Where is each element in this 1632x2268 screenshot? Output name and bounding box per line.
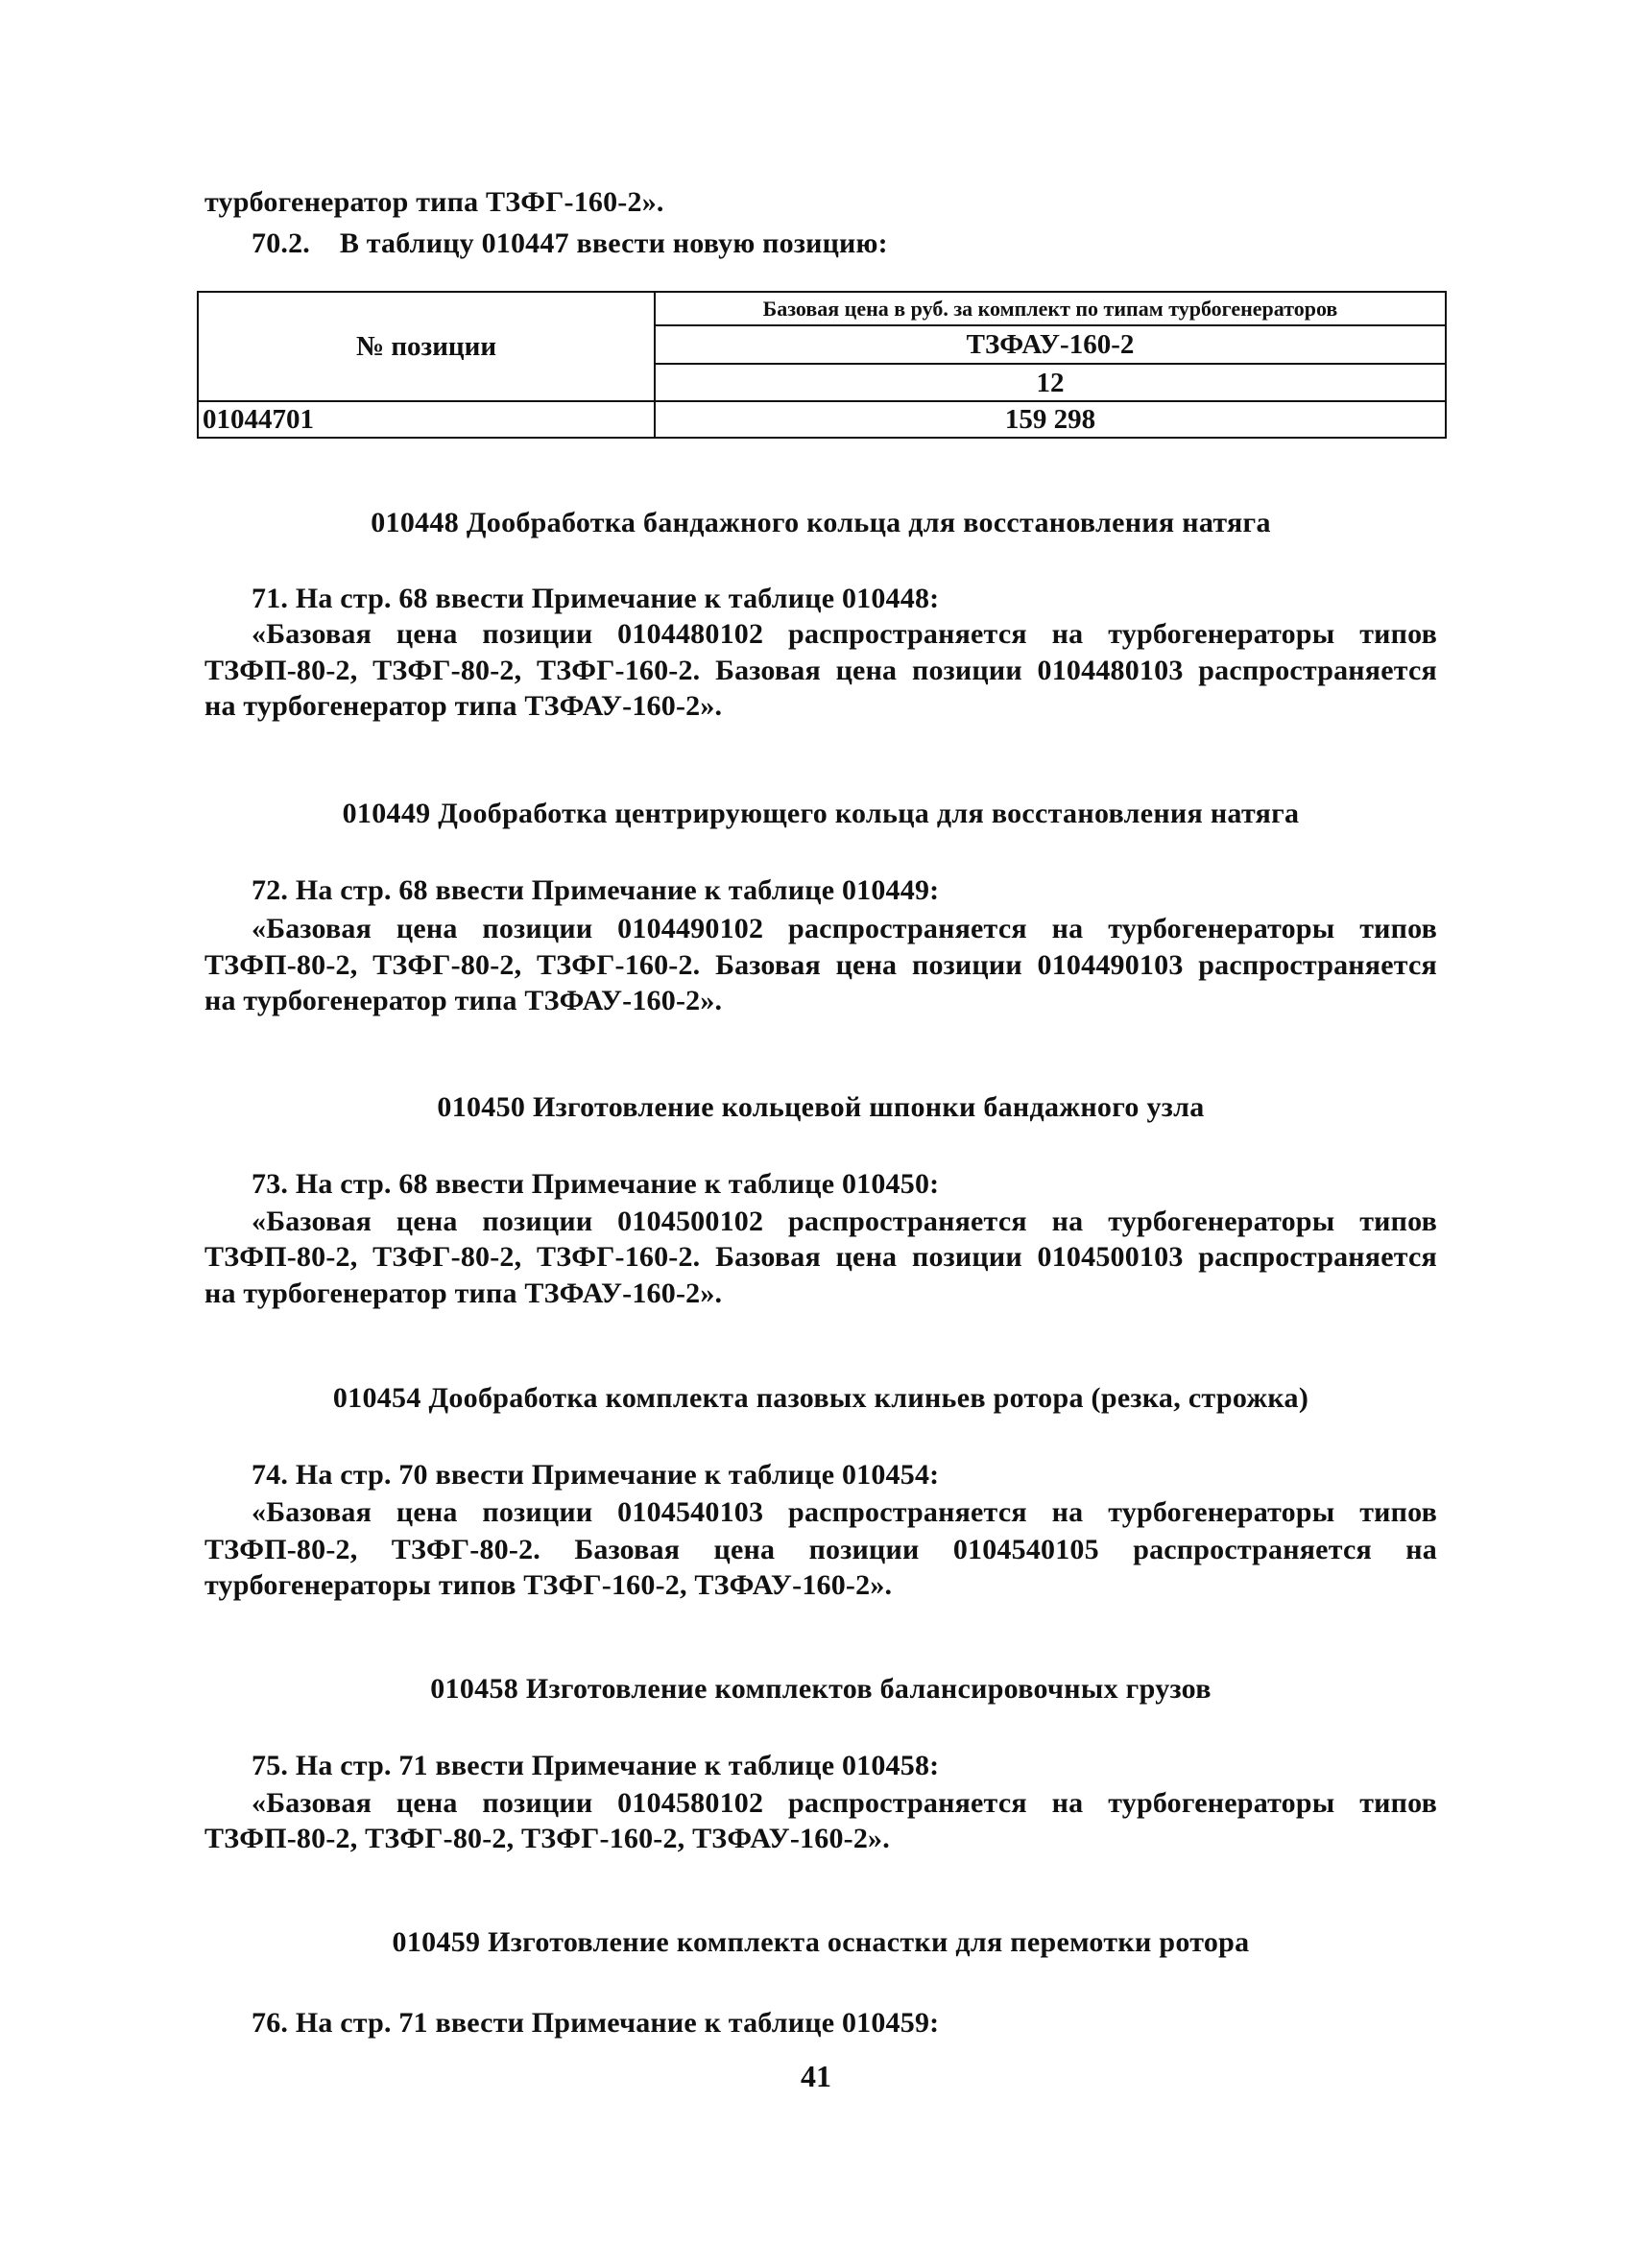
note-line: «Базовая цена позиции 0104490102 распрос… bbox=[252, 912, 1437, 946]
item-number: 72. bbox=[252, 874, 288, 906]
item-number: 74. bbox=[252, 1459, 288, 1491]
item-number: 75. bbox=[252, 1750, 288, 1781]
column-number: 12 bbox=[655, 364, 1446, 401]
section-heading-010458: 010458 Изготовление комплектов балансиро… bbox=[204, 1672, 1437, 1707]
item-text: На стр. 68 ввести Примечание к таблице 0… bbox=[296, 1168, 940, 1200]
item-76: 76. На стр. 71 ввести Примечание к табли… bbox=[252, 2006, 1437, 2041]
item-text: На стр. 71 ввести Примечание к таблице 0… bbox=[296, 2007, 940, 2039]
note-line: на турбогенератор типа ТЗФАУ-160-2». bbox=[204, 689, 1437, 724]
turbogenerator-type-header: ТЗФАУ-160-2 bbox=[655, 325, 1446, 364]
section-heading-010448: 010448 Дообработка бандажного кольца для… bbox=[204, 506, 1437, 540]
item-text: В таблицу 010447 ввести новую позицию: bbox=[340, 227, 888, 259]
item-75: 75. На стр. 71 ввести Примечание к табли… bbox=[252, 1749, 1437, 1783]
item-number: 70.2. bbox=[252, 227, 310, 259]
item-text: На стр. 68 ввести Примечание к таблице 0… bbox=[296, 874, 940, 906]
note-line: ТЗФП-80-2, ТЗФГ-80-2. Базовая цена позиц… bbox=[204, 1533, 1437, 1567]
note-line: ТЗФП-80-2, ТЗФГ-80-2, ТЗФГ-160-2. Базова… bbox=[204, 948, 1437, 983]
note-line: ТЗФП-80-2, ТЗФГ-80-2, ТЗФГ-160-2, ТЗФАУ-… bbox=[204, 1822, 1437, 1856]
item-number: 71. bbox=[252, 583, 288, 614]
section-heading-010459: 010459 Изготовление комплекта оснастки д… bbox=[204, 1925, 1437, 1960]
item-73: 73. На стр. 68 ввести Примечание к табли… bbox=[252, 1167, 1437, 1202]
price-table: № позиции Базовая цена в руб. за комплек… bbox=[197, 291, 1447, 439]
note-line: ТЗФП-80-2, ТЗФГ-80-2, ТЗФГ-160-2. Базова… bbox=[204, 654, 1437, 688]
note-line: «Базовая цена позиции 0104540103 распрос… bbox=[252, 1495, 1437, 1530]
note-line: на турбогенератор типа ТЗФАУ-160-2». bbox=[204, 984, 1437, 1018]
item-71: 71. На стр. 68 ввести Примечание к табли… bbox=[252, 582, 1437, 616]
note-line: на турбогенератор типа ТЗФАУ-160-2». bbox=[204, 1277, 1437, 1311]
note-line: «Базовая цена позиции 0104580102 распрос… bbox=[252, 1786, 1437, 1821]
item-74: 74. На стр. 70 ввести Примечание к табли… bbox=[252, 1458, 1437, 1492]
item-text: На стр. 68 ввести Примечание к таблице 0… bbox=[296, 583, 940, 614]
section-heading-010449: 010449 Дообработка центрирующего кольца … bbox=[204, 797, 1437, 831]
item-70-2: 70.2. В таблицу 010447 ввести новую пози… bbox=[252, 227, 1437, 261]
note-line: турбогенераторы типов ТЗФГ-160-2, ТЗФАУ-… bbox=[204, 1568, 1437, 1603]
price-cell: 159 298 bbox=[655, 401, 1446, 438]
item-text: На стр. 71 ввести Примечание к таблице 0… bbox=[296, 1750, 940, 1781]
section-heading-010450: 010450 Изготовление кольцевой шпонки бан… bbox=[204, 1090, 1437, 1125]
note-line: «Базовая цена позиции 0104500102 распрос… bbox=[252, 1205, 1437, 1239]
item-number: 76. bbox=[252, 2007, 288, 2039]
position-cell: 01044701 bbox=[198, 401, 655, 438]
price-column-header: Базовая цена в руб. за комплект по типам… bbox=[655, 292, 1446, 325]
item-text: На стр. 70 ввести Примечание к таблице 0… bbox=[296, 1459, 940, 1491]
item-72: 72. На стр. 68 ввести Примечание к табли… bbox=[252, 873, 1437, 908]
note-line: «Базовая цена позиции 0104480102 распрос… bbox=[252, 617, 1437, 652]
section-heading-010454: 010454 Дообработка комплекта пазовых кли… bbox=[204, 1381, 1437, 1416]
table-row: 01044701 159 298 bbox=[198, 401, 1446, 438]
continuation-line: турбогенератор типа ТЗФГ-160-2». bbox=[204, 185, 1437, 220]
note-line: ТЗФП-80-2, ТЗФГ-80-2, ТЗФГ-160-2. Базова… bbox=[204, 1240, 1437, 1275]
position-column-header: № позиции bbox=[198, 292, 655, 401]
item-number: 73. bbox=[252, 1168, 288, 1200]
page-number: 41 bbox=[0, 2058, 1632, 2094]
